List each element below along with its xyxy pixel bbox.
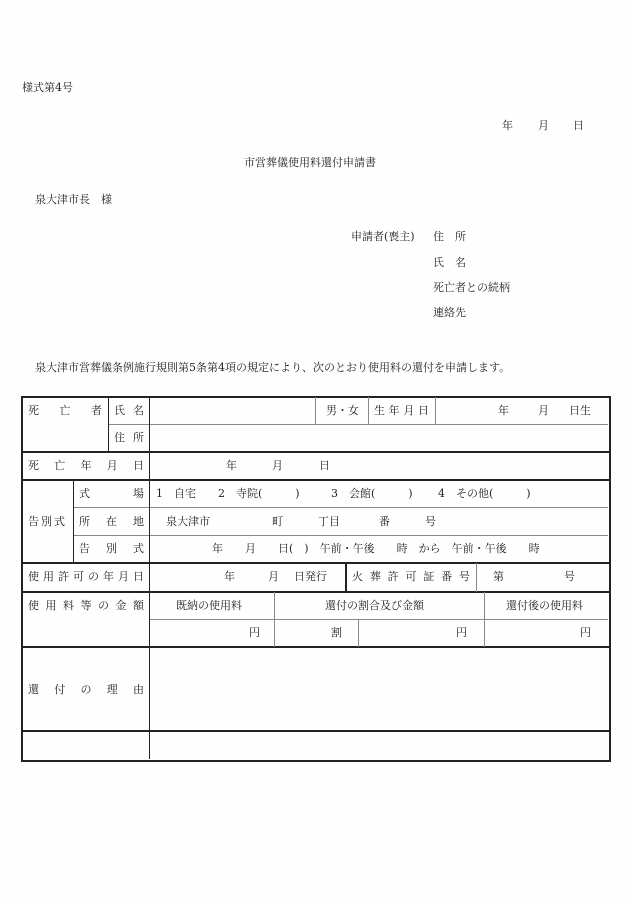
venue-option-temple[interactable]: 2 寺院( ) (218, 487, 300, 501)
divider (345, 563, 347, 592)
divider (21, 591, 609, 593)
intro-text: 泉大津市営葬儀条例施行規則第5条第4項の規定により、次のとおり使用料の還付を申請… (35, 361, 510, 375)
refund-reason-field[interactable] (151, 648, 607, 730)
venue-option-other[interactable]: 4 その他( ) (438, 487, 531, 501)
page-title: 市営葬儀使用料還付申請書 (244, 156, 376, 170)
divider (149, 397, 150, 759)
venue-label: 式 場 (79, 487, 144, 501)
permit-date-label: 使 用 許 可 の 年 月 日 (28, 570, 144, 584)
paid-fee-field[interactable]: 円 (151, 620, 274, 646)
venue-option-home[interactable]: 1 自宅 (156, 487, 196, 501)
venue-option-hall[interactable]: 3 会館( ) (331, 487, 413, 501)
applicant-contact-label: 連絡先 (433, 306, 466, 320)
date-day-label: 日 (573, 119, 584, 133)
birth-date-field[interactable]: 年 月 日生 (436, 398, 607, 423)
deceased-address-label: 住 所 (114, 431, 144, 445)
permit-date-field[interactable]: 年 月 日発行 (151, 564, 344, 591)
refund-reason-label: 還 付 の 理 由 (28, 683, 144, 697)
date-year-label: 年 (502, 119, 513, 133)
applicant-label: 申請者(喪主) (351, 230, 415, 244)
applicant-name-label: 氏 名 (433, 256, 466, 270)
divider (368, 397, 369, 424)
after-refund-header: 還付後の使用料 (506, 599, 583, 613)
refund-amount-field[interactable]: 円 (359, 620, 484, 646)
venue-options: 1 自宅 2 寺院( ) 3 会館( ) 4 その他( ) (151, 481, 607, 507)
cremation-permit-number-field[interactable]: 第 号 (477, 564, 607, 591)
form-number: 様式第4号 (22, 81, 73, 95)
paid-fee-header: 既納の使用料 (176, 599, 242, 613)
applicant-address-label: 住 所 (433, 230, 466, 244)
location-field[interactable]: 泉大津市 町 丁目 番 号 (151, 508, 607, 534)
funeral-label: 告別式 (28, 515, 67, 529)
ceremony-field[interactable]: 年 月 日( ) 午前・午後 時 から 午前・午後 時 (151, 536, 607, 562)
death-date-label: 死 亡 年 月 日 (28, 459, 144, 473)
refund-ratio-header: 還付の割合及び金額 (325, 599, 424, 613)
fee-amount-label: 使 用 料 等 の 金 額 (28, 599, 144, 613)
deceased-name-label: 氏 名 (114, 404, 144, 418)
deceased-label: 死 亡 者 (28, 404, 102, 418)
after-refund-field[interactable]: 円 (485, 620, 607, 646)
divider (315, 397, 316, 424)
addressee: 泉大津市長 様 (35, 193, 112, 207)
deceased-address-field[interactable] (151, 425, 607, 451)
death-date-field[interactable]: 年 月 日 (151, 453, 607, 479)
divider (73, 480, 74, 563)
blank-row-label-cell (23, 732, 149, 758)
ceremony-label: 告 別 式 (79, 542, 144, 556)
blank-row-value-cell[interactable] (151, 732, 607, 758)
applicant-relation-label: 死亡者との続柄 (433, 281, 510, 295)
deceased-name-field[interactable] (151, 398, 314, 423)
location-label: 所 在 地 (79, 515, 144, 529)
date-month-label: 月 (538, 119, 549, 133)
gender-select[interactable]: 男・女 (326, 404, 359, 418)
refund-ratio-field[interactable]: 割 (275, 620, 358, 646)
divider (108, 397, 109, 452)
birth-date-label: 生 年 月 日 (374, 404, 429, 418)
cremation-permit-label: 火 葬 許 可 証 番 号 (352, 570, 470, 584)
